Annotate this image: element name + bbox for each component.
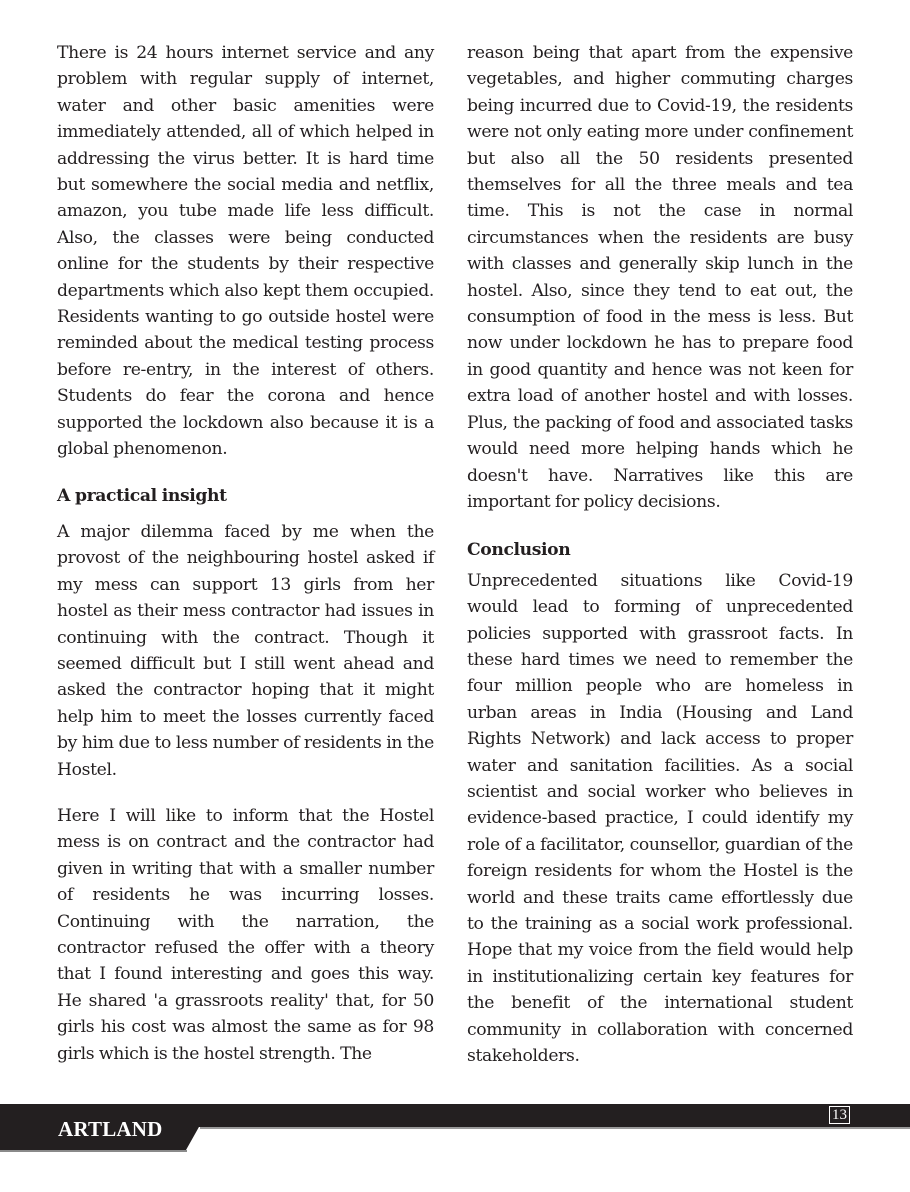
body-paragraph: A major dilemma faced by me when the pro… bbox=[57, 519, 434, 783]
body-paragraph: Here I will like to inform that the Host… bbox=[57, 803, 434, 1067]
section-heading-practical-insight: A practical insight bbox=[57, 483, 434, 509]
section-heading-conclusion: Conclusion bbox=[467, 537, 853, 563]
page-number: 13 bbox=[829, 1106, 850, 1124]
right-column: reason being that apart from the expensi… bbox=[467, 40, 853, 1069]
body-paragraph: Unprecedented situations like Covid-19 w… bbox=[467, 568, 853, 1070]
footer-bar-shadow bbox=[200, 1127, 910, 1129]
left-column: There is 24 hours internet service and a… bbox=[57, 40, 434, 1067]
body-paragraph: reason being that apart from the expensi… bbox=[467, 40, 853, 515]
brand-logo-text: ARTLAND bbox=[58, 1117, 163, 1142]
footer-tab-shadow bbox=[0, 1150, 187, 1152]
body-paragraph: There is 24 hours internet service and a… bbox=[57, 40, 434, 463]
